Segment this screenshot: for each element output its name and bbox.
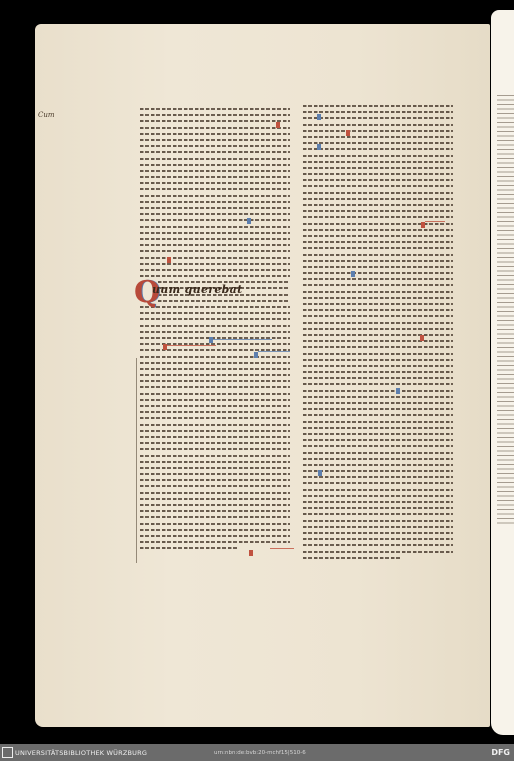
paragraph-mark-red bbox=[276, 122, 280, 128]
paragraph-mark-blue bbox=[318, 470, 322, 476]
left-text-column bbox=[140, 106, 290, 552]
rubric-line bbox=[270, 548, 294, 549]
paragraph-mark-red bbox=[346, 130, 350, 136]
section-heading: uum querebat bbox=[152, 283, 242, 296]
paragraph-mark-red bbox=[167, 257, 171, 263]
paragraph-mark-red bbox=[249, 550, 253, 556]
right-text-column bbox=[303, 103, 453, 561]
paragraph-mark-blue bbox=[317, 114, 321, 120]
script-line bbox=[140, 545, 290, 551]
paragraph-mark-blue bbox=[247, 218, 251, 224]
margin-note: Cum bbox=[38, 111, 55, 119]
margin-brace bbox=[136, 358, 140, 563]
urn-identifier: urn:nbn:de:bvb:20-mchf15|510-6 bbox=[214, 750, 306, 756]
paragraph-mark-blue bbox=[254, 352, 258, 358]
paragraph-mark-blue bbox=[351, 271, 355, 277]
rubric-line bbox=[258, 351, 290, 352]
library-logo-icon bbox=[2, 747, 13, 758]
manuscript-viewer[interactable]: Cum Q uum querebat bbox=[0, 0, 514, 744]
library-name: UNIVERSITÄTSBIBLIOTHEK WÜRZBURG bbox=[15, 749, 147, 757]
adjacent-page-text bbox=[497, 95, 514, 525]
adjacent-page-edge bbox=[491, 10, 514, 735]
rubric-line bbox=[166, 345, 216, 346]
script-line bbox=[303, 555, 453, 561]
paragraph-mark-blue bbox=[209, 337, 213, 343]
rubric-line bbox=[212, 339, 272, 340]
paragraph-mark-blue bbox=[317, 144, 321, 150]
rubric-line bbox=[425, 221, 445, 222]
dfg-logo: DFG bbox=[491, 748, 510, 757]
paragraph-mark-red bbox=[421, 222, 425, 228]
footer-bar: UNIVERSITÄTSBIBLIOTHEK WÜRZBURG urn:nbn:… bbox=[0, 744, 514, 761]
paragraph-mark-red bbox=[420, 335, 424, 341]
rubricated-initial: Q bbox=[134, 278, 152, 308]
paragraph-mark-blue bbox=[396, 388, 400, 394]
